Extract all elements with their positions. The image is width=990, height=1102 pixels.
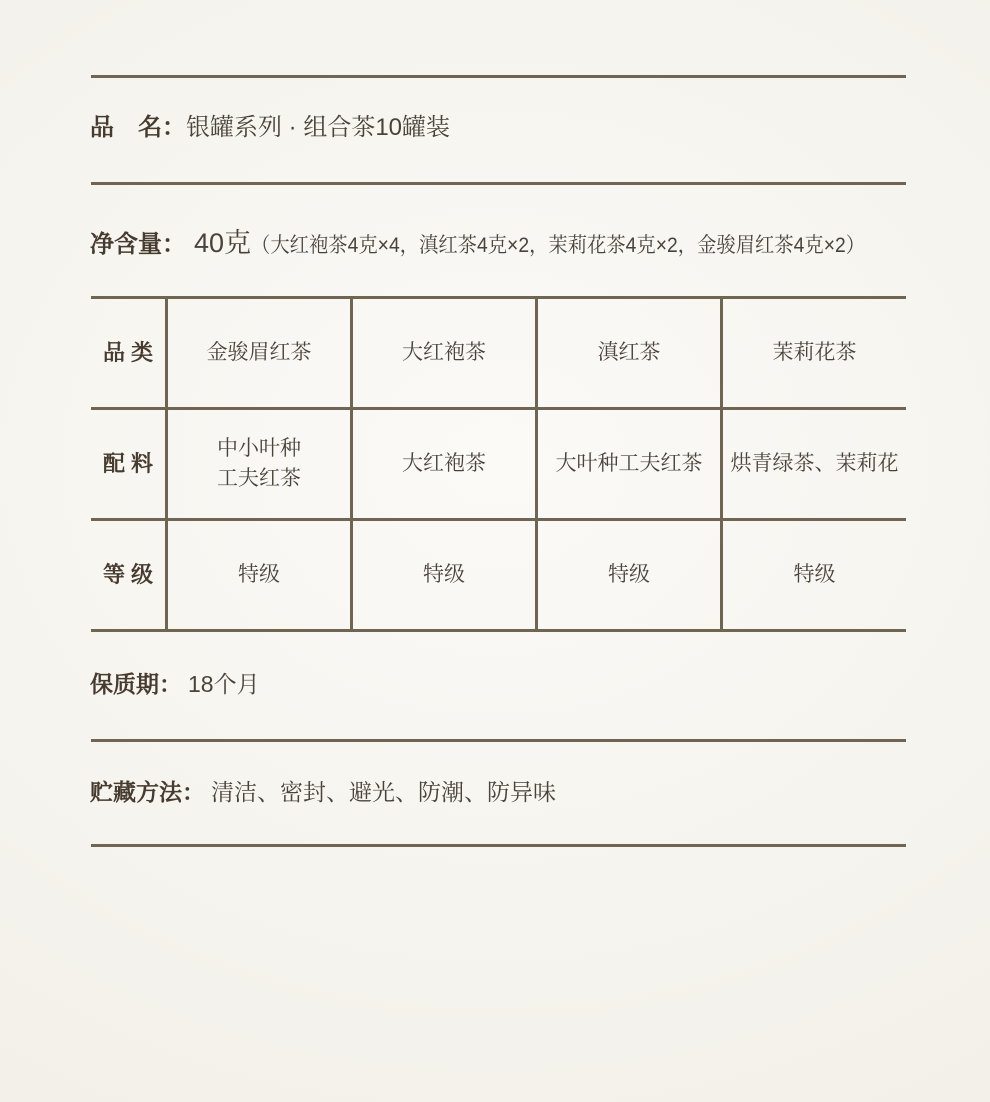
divider-under-shelf-life <box>91 739 906 742</box>
spec-row-label-grade: 等 级 <box>91 521 168 629</box>
divider-bottom <box>91 844 906 847</box>
spec-cell-category-3: 滇红茶 <box>538 299 723 410</box>
storage-method-label: 贮藏方法： <box>90 779 205 805</box>
storage-method-row: 贮藏方法：清洁、密封、避光、防潮、防异味 <box>90 776 990 808</box>
spec-row-label-ingredients: 配 料 <box>91 410 168 521</box>
spec-cell-category-2: 大红袍茶 <box>353 299 538 410</box>
spec-cell-ingredients-4: 烘青绿茶、茉莉花 <box>723 410 906 521</box>
shelf-life-value: 18个月 <box>188 671 260 697</box>
spec-cell-grade-4: 特级 <box>723 521 906 629</box>
product-spec-sheet: 品 名：银罐系列 · 组合茶10罐装 净含量：40克（大红袍茶4克×4，滇红茶4… <box>0 0 990 1102</box>
spec-cell-category-4: 茉莉花茶 <box>723 299 906 410</box>
spec-cell-grade-1: 特级 <box>168 521 353 629</box>
divider-under-name <box>91 182 906 185</box>
net-weight-label: 净含量： <box>90 231 186 258</box>
shelf-life-row: 保质期：18个月 <box>90 668 990 700</box>
divider-top <box>91 75 906 78</box>
net-weight-row: 净含量：40克（大红袍茶4克×4，滇红茶4克×2，茉莉花茶4克×2，金骏眉红茶4… <box>90 225 990 261</box>
spec-table: 品 类 金骏眉红茶 大红袍茶 滇红茶 茉莉花茶 配 料 中小叶种 工夫红茶 大红… <box>91 296 906 632</box>
product-name-value: 银罐系列 · 组合茶10罐装 <box>186 114 450 141</box>
spec-cell-category-1: 金骏眉红茶 <box>168 299 353 410</box>
spec-row-label-category: 品 类 <box>91 299 168 410</box>
product-name-row: 品 名：银罐系列 · 组合茶10罐装 <box>90 112 990 144</box>
spec-cell-grade-2: 特级 <box>353 521 538 629</box>
spec-cell-ingredients-3: 大叶种工夫红茶 <box>538 410 723 521</box>
spec-cell-ingredients-2: 大红袍茶 <box>353 410 538 521</box>
spec-cell-grade-3: 特级 <box>538 521 723 629</box>
product-name-label: 品 名： <box>90 114 186 141</box>
net-weight-amount: 40克 <box>194 228 251 258</box>
storage-method-value: 清洁、密封、避光、防潮、防异味 <box>211 779 556 805</box>
net-weight-detail: （大红袍茶4克×4，滇红茶4克×2，茉莉花茶4克×2，金骏眉红茶4克×2） <box>251 228 865 264</box>
shelf-life-label: 保质期： <box>90 671 182 697</box>
spec-cell-ingredients-1: 中小叶种 工夫红茶 <box>168 410 353 521</box>
